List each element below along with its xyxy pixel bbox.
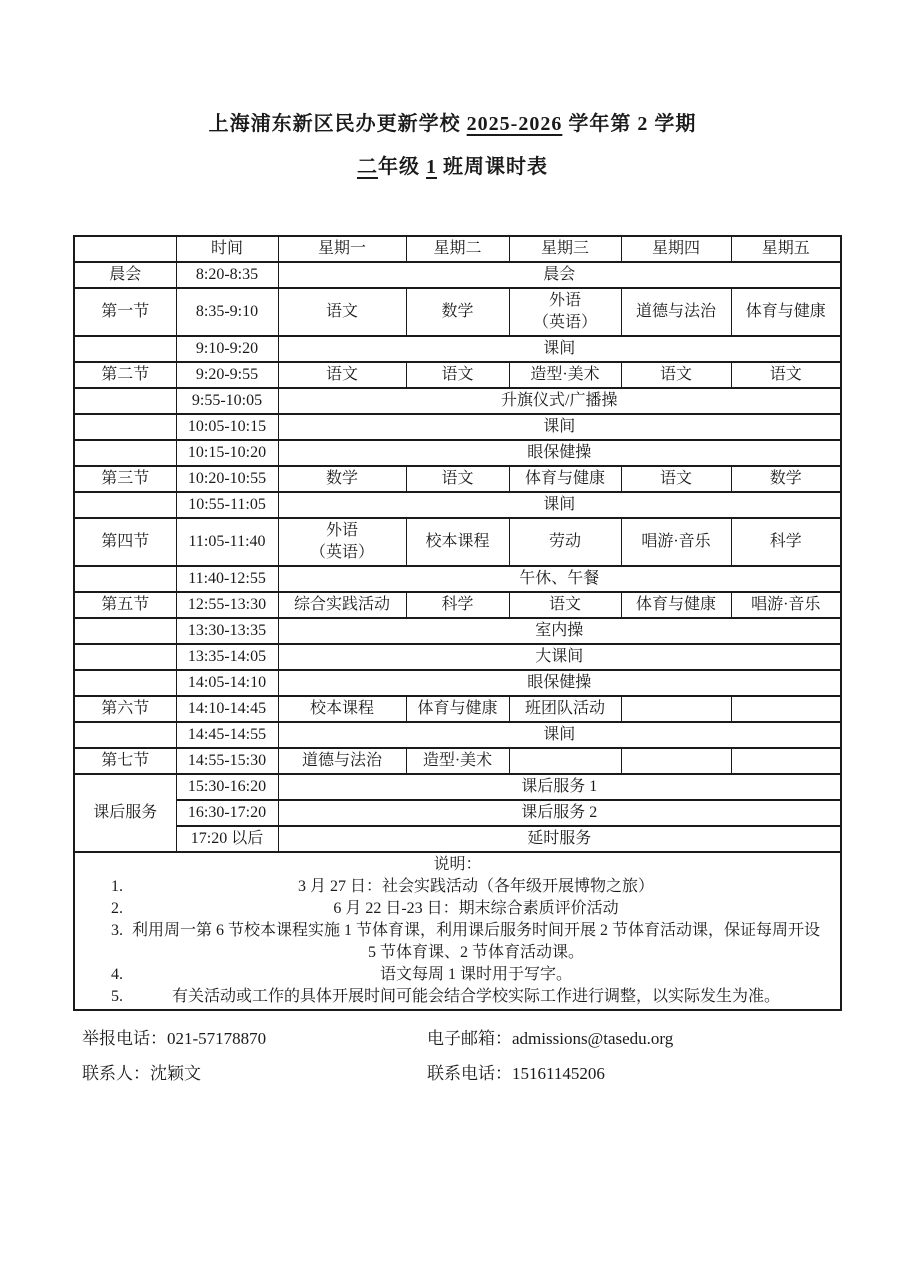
note-text: 利用周一第 6 节校本课程实施 1 节体育课，利用课后服务时间开展 2 节体育活… xyxy=(131,920,821,964)
time-cell: 10:05-10:15 xyxy=(176,414,278,440)
subtitle-underlined-segment: 1 xyxy=(426,156,437,178)
contact-item: 电子邮箱：admissions@tasedu.org xyxy=(427,1021,673,1056)
merged-activity-cell: 大课间 xyxy=(278,644,841,670)
subject-cell: 科学 xyxy=(731,518,841,566)
schedule-row: 10:55-11:05课间 xyxy=(74,492,841,518)
subject-cell: 语文 xyxy=(509,592,621,618)
subject-cell: 唱游·音乐 xyxy=(731,592,841,618)
schedule-row: 第三节10:20-10:55数学语文体育与健康语文数学 xyxy=(74,466,841,492)
doc-title: 上海浦东新区民办更新学校 2025-2026 学年第 2 学期 xyxy=(0,0,905,138)
subject-cell: 语文 xyxy=(621,466,731,492)
period-cell: 课后服务 xyxy=(74,774,176,852)
subject-cell: 校本课程 xyxy=(406,518,509,566)
note-item: 3.利用周一第 6 节校本课程实施 1 节体育课，利用课后服务时间开展 2 节体… xyxy=(77,920,838,964)
subject-cell: 造型·美术 xyxy=(406,748,509,774)
contact-line: 联系人：沈颖文联系电话：15161145206 xyxy=(82,1056,905,1091)
period-cell xyxy=(74,644,176,670)
document-page: 上海浦东新区民办更新学校 2025-2026 学年第 2 学期 二年级 1 班周… xyxy=(0,0,905,1280)
merged-activity-cell: 午休、午餐 xyxy=(278,566,841,592)
period-cell xyxy=(74,440,176,466)
merged-activity-cell: 升旗仪式/广播操 xyxy=(278,388,841,414)
subject-cell: 语文 xyxy=(278,288,406,336)
time-cell: 10:55-11:05 xyxy=(176,492,278,518)
subject-cell: 语文 xyxy=(406,362,509,388)
note-item: 5.有关活动或工作的具体开展时间可能会结合学校实际工作进行调整，以实际发生为准。 xyxy=(77,986,838,1008)
time-cell: 14:10-14:45 xyxy=(176,696,278,722)
subtitle-underlined-segment: 二 xyxy=(357,156,378,178)
schedule-row: 9:10-9:20课间 xyxy=(74,336,841,362)
schedule-table: 时间星期一星期二星期三星期四星期五晨会8:20-8:35晨会第一节8:35-9:… xyxy=(73,235,842,1011)
notes-row: 说明：1.3 月 27 日：社会实践活动（各年级开展博物之旅）2.6 月 22 … xyxy=(74,852,841,1010)
merged-activity-cell: 眼保健操 xyxy=(278,440,841,466)
note-number: 4. xyxy=(103,964,131,986)
time-cell: 8:35-9:10 xyxy=(176,288,278,336)
note-item: 4.语文每周 1 课时用于写字。 xyxy=(77,964,838,986)
note-text: 6 月 22 日-23 日：期末综合素质评价活动 xyxy=(131,898,821,920)
contact-item: 联系人：沈颖文 xyxy=(82,1056,427,1091)
schedule-row: 14:05-14:10眼保健操 xyxy=(74,670,841,696)
period-cell xyxy=(74,722,176,748)
period-cell xyxy=(74,388,176,414)
subject-cell: 数学 xyxy=(406,288,509,336)
time-cell: 10:20-10:55 xyxy=(176,466,278,492)
period-cell: 第二节 xyxy=(74,362,176,388)
schedule-row: 第二节9:20-9:55语文语文造型·美术语文语文 xyxy=(74,362,841,388)
period-cell xyxy=(74,336,176,362)
time-cell: 9:20-9:55 xyxy=(176,362,278,388)
day-header-cell: 星期一 xyxy=(278,236,406,262)
schedule-row: 10:15-10:20眼保健操 xyxy=(74,440,841,466)
subject-cell: 造型·美术 xyxy=(509,362,621,388)
subject-cell: 校本课程 xyxy=(278,696,406,722)
subject-cell: 班团队活动 xyxy=(509,696,621,722)
note-item: 1.3 月 27 日：社会实践活动（各年级开展博物之旅） xyxy=(77,876,838,898)
title-segment: 上海浦东新区民办更新学校 xyxy=(209,113,467,135)
schedule-row: 第六节14:10-14:45校本课程体育与健康班团队活动 xyxy=(74,696,841,722)
time-cell: 14:05-14:10 xyxy=(176,670,278,696)
day-header-cell: 星期四 xyxy=(621,236,731,262)
period-cell: 第四节 xyxy=(74,518,176,566)
merged-activity-cell: 课间 xyxy=(278,492,841,518)
schedule-row: 9:55-10:05升旗仪式/广播操 xyxy=(74,388,841,414)
time-cell: 8:20-8:35 xyxy=(176,262,278,288)
corner-cell xyxy=(74,236,176,262)
subject-cell: 体育与健康 xyxy=(406,696,509,722)
subject-cell: 体育与健康 xyxy=(621,592,731,618)
subject-cell: 综合实践活动 xyxy=(278,592,406,618)
title-segment: 学年第 2 学期 xyxy=(562,113,696,135)
subject-cell xyxy=(621,748,731,774)
contact-footer: 举报电话：021-57178870电子邮箱：admissions@tasedu.… xyxy=(82,1021,905,1091)
period-cell xyxy=(74,492,176,518)
contact-item: 联系电话：15161145206 xyxy=(427,1056,605,1091)
header-row: 时间星期一星期二星期三星期四星期五 xyxy=(74,236,841,262)
subtitle-segment: 班周课时表 xyxy=(437,156,548,178)
subtitle-segment: 年级 xyxy=(378,156,426,178)
period-cell: 晨会 xyxy=(74,262,176,288)
subject-cell: 语文 xyxy=(731,362,841,388)
period-cell xyxy=(74,566,176,592)
time-cell: 11:40-12:55 xyxy=(176,566,278,592)
schedule-row: 11:40-12:55午休、午餐 xyxy=(74,566,841,592)
schedule-table-body: 时间星期一星期二星期三星期四星期五晨会8:20-8:35晨会第一节8:35-9:… xyxy=(74,236,841,1010)
period-cell: 第一节 xyxy=(74,288,176,336)
schedule-row: 13:30-13:35室内操 xyxy=(74,618,841,644)
time-cell: 11:05-11:40 xyxy=(176,518,278,566)
schedule-row: 第七节14:55-15:30道德与法治造型·美术 xyxy=(74,748,841,774)
time-cell: 12:55-13:30 xyxy=(176,592,278,618)
note-number: 1. xyxy=(103,876,131,898)
note-text: 有关活动或工作的具体开展时间可能会结合学校实际工作进行调整，以实际发生为准。 xyxy=(131,986,821,1008)
period-cell: 第五节 xyxy=(74,592,176,618)
subject-cell xyxy=(731,696,841,722)
period-cell: 第三节 xyxy=(74,466,176,492)
notes-cell: 说明：1.3 月 27 日：社会实践活动（各年级开展博物之旅）2.6 月 22 … xyxy=(74,852,841,1010)
note-number: 3. xyxy=(103,920,131,964)
time-cell: 16:30-17:20 xyxy=(176,800,278,826)
merged-activity-cell: 室内操 xyxy=(278,618,841,644)
merged-activity-cell: 眼保健操 xyxy=(278,670,841,696)
time-cell: 9:10-9:20 xyxy=(176,336,278,362)
schedule-row: 16:30-17:20课后服务 2 xyxy=(74,800,841,826)
merged-activity-cell: 课间 xyxy=(278,336,841,362)
note-number: 5. xyxy=(103,986,131,1008)
time-cell: 9:55-10:05 xyxy=(176,388,278,414)
contact-line: 举报电话：021-57178870电子邮箱：admissions@tasedu.… xyxy=(82,1021,905,1056)
merged-activity-cell: 课后服务 2 xyxy=(278,800,841,826)
period-cell xyxy=(74,414,176,440)
contact-item: 举报电话：021-57178870 xyxy=(82,1021,427,1056)
period-cell xyxy=(74,670,176,696)
time-cell: 14:55-15:30 xyxy=(176,748,278,774)
subject-cell: 数学 xyxy=(278,466,406,492)
schedule-row: 课后服务15:30-16:20课后服务 1 xyxy=(74,774,841,800)
subject-cell: 唱游·音乐 xyxy=(621,518,731,566)
subject-cell: 科学 xyxy=(406,592,509,618)
schedule-row: 17:20 以后延时服务 xyxy=(74,826,841,852)
note-text: 3 月 27 日：社会实践活动（各年级开展博物之旅） xyxy=(131,876,821,898)
subject-cell xyxy=(731,748,841,774)
schedule-row: 10:05-10:15课间 xyxy=(74,414,841,440)
day-header-cell: 星期三 xyxy=(509,236,621,262)
time-cell: 13:35-14:05 xyxy=(176,644,278,670)
note-number: 2. xyxy=(103,898,131,920)
subject-cell xyxy=(621,696,731,722)
title-underlined-segment: 2025-2026 xyxy=(467,113,563,135)
merged-activity-cell: 课间 xyxy=(278,414,841,440)
schedule-row: 晨会8:20-8:35晨会 xyxy=(74,262,841,288)
note-item: 2.6 月 22 日-23 日：期末综合素质评价活动 xyxy=(77,898,838,920)
schedule-row: 13:35-14:05大课间 xyxy=(74,644,841,670)
schedule-row: 第一节8:35-9:10语文数学外语 （英语）道德与法治体育与健康 xyxy=(74,288,841,336)
time-cell: 13:30-13:35 xyxy=(176,618,278,644)
day-header-cell: 星期二 xyxy=(406,236,509,262)
merged-activity-cell: 延时服务 xyxy=(278,826,841,852)
merged-activity-cell: 晨会 xyxy=(278,262,841,288)
schedule-row: 第四节11:05-11:40外语 （英语）校本课程劳动唱游·音乐科学 xyxy=(74,518,841,566)
time-cell: 17:20 以后 xyxy=(176,826,278,852)
subject-cell: 外语 （英语） xyxy=(278,518,406,566)
schedule-row: 第五节12:55-13:30综合实践活动科学语文体育与健康唱游·音乐 xyxy=(74,592,841,618)
time-cell: 10:15-10:20 xyxy=(176,440,278,466)
subject-cell xyxy=(509,748,621,774)
subject-cell: 语文 xyxy=(406,466,509,492)
note-text: 语文每周 1 课时用于写字。 xyxy=(131,964,821,986)
period-cell: 第六节 xyxy=(74,696,176,722)
subject-cell: 体育与健康 xyxy=(509,466,621,492)
subject-cell: 道德与法治 xyxy=(621,288,731,336)
day-header-cell: 星期五 xyxy=(731,236,841,262)
subject-cell: 数学 xyxy=(731,466,841,492)
subject-cell: 语文 xyxy=(278,362,406,388)
subject-cell: 外语 （英语） xyxy=(509,288,621,336)
subject-cell: 道德与法治 xyxy=(278,748,406,774)
merged-activity-cell: 课间 xyxy=(278,722,841,748)
notes-label: 说明： xyxy=(77,854,838,876)
time-cell: 15:30-16:20 xyxy=(176,774,278,800)
schedule-row: 14:45-14:55课间 xyxy=(74,722,841,748)
subject-cell: 语文 xyxy=(621,362,731,388)
period-cell: 第七节 xyxy=(74,748,176,774)
merged-activity-cell: 课后服务 1 xyxy=(278,774,841,800)
period-cell xyxy=(74,618,176,644)
subject-cell: 体育与健康 xyxy=(731,288,841,336)
doc-subtitle: 二年级 1 班周课时表 xyxy=(0,153,905,181)
time-cell: 14:45-14:55 xyxy=(176,722,278,748)
time-header-cell: 时间 xyxy=(176,236,278,262)
subject-cell: 劳动 xyxy=(509,518,621,566)
